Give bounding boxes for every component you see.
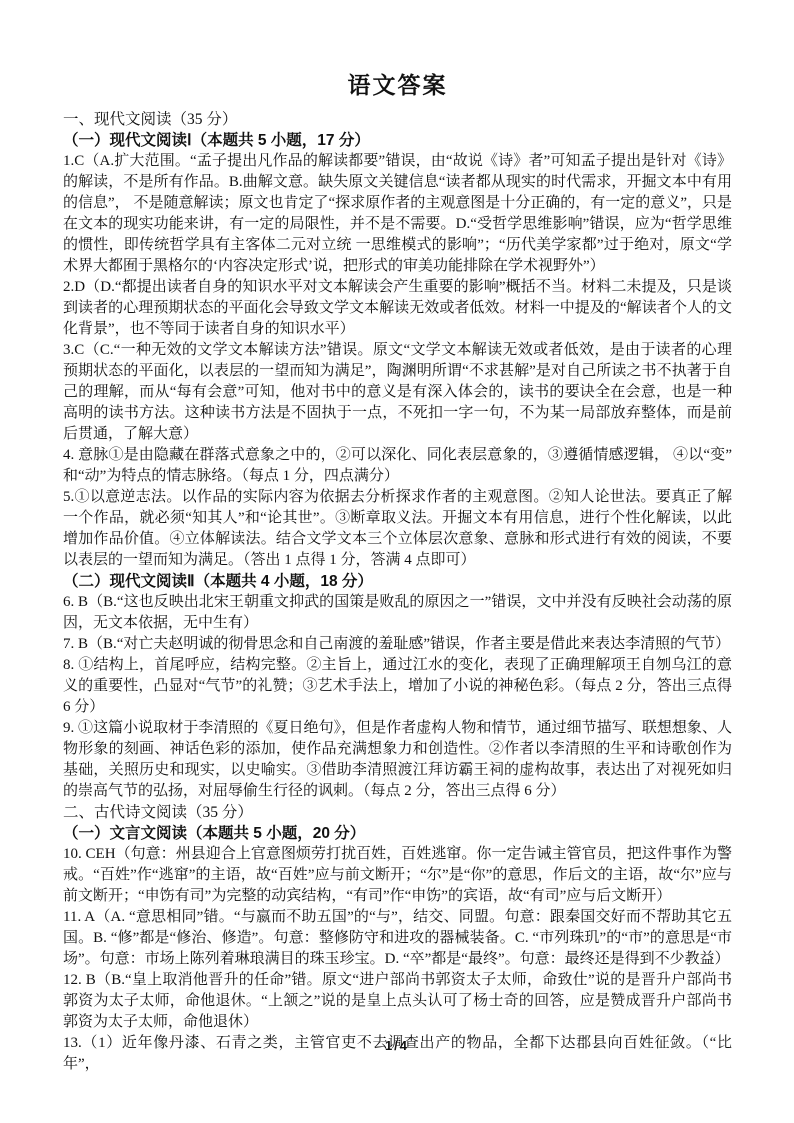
answer-q10: 10. CEH（句意：州县迎合上官意图烦劳打扰百姓，百姓逃窜。你一定告诫主管官员…	[63, 844, 732, 907]
answer-q5: 5.①以意逆志法。以作品的实际内容为依据去分析探求作者的主观意图。②知人论世法。…	[63, 487, 732, 571]
subsection-heading-modern-reading-2: （二）现代文阅读Ⅱ（本题共 4 小题，18 分）	[63, 571, 732, 592]
section-heading-classical-poetry-reading: 二、古代诗文阅读（35 分）	[63, 802, 732, 823]
section-heading-modern-text-reading: 一、现代文阅读（35 分）	[63, 109, 732, 130]
answer-q1: 1.C（A.扩大范围。“孟子提出凡作品的解读都要”错误，由“故说《诗》者”可知孟…	[63, 151, 732, 277]
answer-q3: 3.C（C.“一种无效的文学文本解读方法”错误。原文“文学文本解读无效或者低效，…	[63, 340, 732, 445]
subsection-heading-modern-reading-1: （一）现代文阅读Ⅰ（本题共 5 小题，17 分）	[63, 130, 732, 151]
answer-q6: 6. B（B.“这也反映出北宋王朝重文抑武的国策是败乱的原因之一”错误，文中并没…	[63, 592, 732, 634]
document-title: 语文答案	[63, 72, 732, 100]
answer-q7: 7. B（B.“对亡夫赵明诚的彻骨思念和自己南渡的羞耻感”错误，作者主要是借此来…	[63, 634, 732, 655]
answer-q8: 8. ①结构上，首尾呼应，结构完整。②主旨上，通过江水的变化，表现了正确理解项王…	[63, 655, 732, 718]
answer-q11: 11. A（A. “意思相同”错。“与嬴而不助五国”的“与”，结交、同盟。句意：…	[63, 907, 732, 970]
answer-q2: 2.D（D.“都提出读者自身的知识水平对文本解读会产生重要的影响”概括不当。材料…	[63, 277, 732, 340]
subsection-heading-classical-chinese-reading: （一）文言文阅读（本题共 5 小题，20 分）	[63, 823, 732, 844]
answer-q4: 4. 意脉①是由隐藏在群落式意象之中的，②可以深化、同化表层意象的，③遵循情感逻…	[63, 445, 732, 487]
page-number: 1/4	[0, 1038, 794, 1053]
answer-q9: 9. ①这篇小说取材于李清照的《夏日绝句》，但是作者虚构人物和情节，通过细节描写…	[63, 718, 732, 802]
answer-q12: 12. B（B.“皇上取消他晋升的任命”错。原文“进户部尚书郭资太子太师，命致仕…	[63, 970, 732, 1033]
answer-sheet-page: 语文答案 一、现代文阅读（35 分） （一）现代文阅读Ⅰ（本题共 5 小题，17…	[0, 0, 794, 1123]
